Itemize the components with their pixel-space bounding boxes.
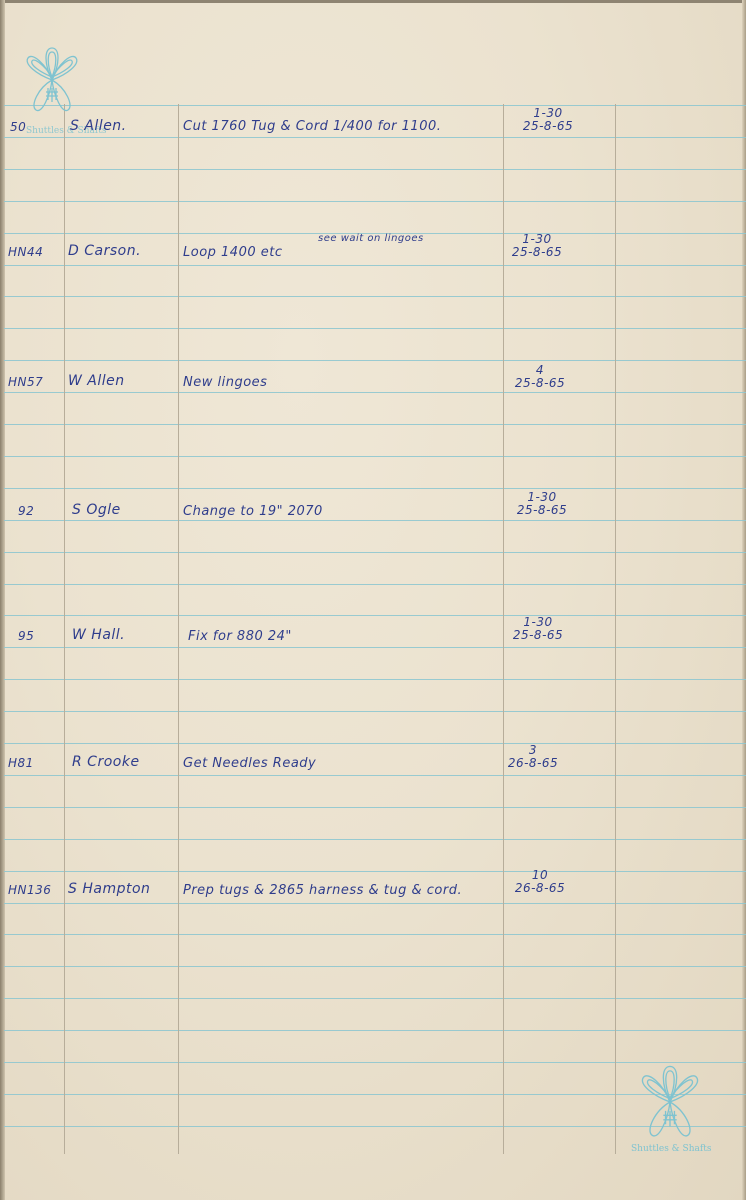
column-rule-date (615, 104, 616, 1154)
entry-name: D Carson. (68, 243, 141, 259)
ruled-line (4, 169, 746, 170)
ruled-line (4, 839, 746, 840)
ruled-line (4, 711, 746, 712)
column-rule-ref (64, 104, 65, 1154)
entry-date-main: 25-8-65 (482, 246, 592, 259)
entry-date-main: 25-8-65 (483, 629, 593, 642)
ruled-line (4, 296, 746, 297)
ruled-line (4, 360, 746, 361)
ruled-line (4, 871, 746, 872)
entry-date-main: 26-8-65 (485, 882, 595, 895)
entry-date-main: 25-8-65 (485, 377, 595, 390)
ruled-line (4, 903, 746, 904)
entry-name: R Crooke (72, 754, 140, 770)
ruled-line (4, 1030, 746, 1031)
entry-description: Fix for 880 24" (188, 629, 292, 644)
watermark-brand-text: Shuttles & Shafts (631, 1144, 711, 1154)
entry-date-main: 25-8-65 (487, 504, 597, 517)
ruled-line (4, 998, 746, 999)
ruled-line (4, 615, 746, 616)
entry-note: see wait on lingoes (318, 233, 424, 244)
entry-ref: HN44 (8, 245, 43, 259)
page-edge-top (0, 0, 746, 3)
ruled-line (4, 488, 746, 489)
ruled-line (4, 552, 746, 553)
entry-name: S Hampton (68, 881, 150, 897)
entry-ref: HN57 (8, 375, 43, 389)
entry-ref: H81 (8, 756, 34, 770)
ruled-line (4, 201, 746, 202)
entry-date-main: 25-8-65 (493, 120, 603, 133)
entry-description: Change to 19" 2070 (183, 504, 323, 519)
ruled-line (4, 966, 746, 967)
ruled-line (4, 584, 746, 585)
ruled-line (4, 679, 746, 680)
ruled-line (4, 328, 746, 329)
ruled-line (4, 265, 746, 266)
entry-description: Prep tugs & 2865 harness & tug & cord. (183, 883, 462, 898)
entry-ref: 95 (18, 629, 34, 643)
entry-date: 10 26-8-65 (485, 869, 595, 895)
page-edge-left (0, 0, 5, 1200)
entry-name: W Allen (68, 373, 125, 389)
ruled-line (4, 807, 746, 808)
ruled-line (4, 934, 746, 935)
entry-description: Loop 1400 etc (183, 245, 283, 260)
ruled-line (4, 775, 746, 776)
entry-name: S Allen. (70, 118, 127, 134)
entry-description: New lingoes (183, 375, 267, 390)
ruled-line (4, 456, 746, 457)
ruled-line (4, 743, 746, 744)
entry-date: 1-30 25-8-65 (482, 233, 592, 259)
ruled-line (4, 137, 746, 138)
celtic-knot-icon (22, 44, 82, 116)
ruled-line (4, 520, 746, 521)
ruled-line (4, 105, 746, 106)
entry-date: 1-30 25-8-65 (493, 107, 603, 133)
page-edge-right (742, 0, 746, 1200)
entry-date: 3 26-8-65 (478, 744, 588, 770)
ruled-line (4, 647, 746, 648)
entry-name: S Ogle (72, 502, 121, 518)
entry-date: 1-30 25-8-65 (487, 491, 597, 517)
entry-ref: 92 (18, 504, 34, 518)
celtic-knot-icon (630, 1062, 710, 1142)
entry-name: W Hall. (72, 627, 125, 643)
entry-ref: 50 (10, 120, 26, 134)
column-rule-name (178, 104, 179, 1154)
ruled-line (4, 424, 746, 425)
entry-date: 4 25-8-65 (485, 364, 595, 390)
ruled-line (4, 392, 746, 393)
entry-date: 1-30 25-8-65 (483, 616, 593, 642)
entry-ref: HN136 (8, 883, 51, 897)
ledger-page: Shuttles & Shafts Shuttles & Shafts 50 S… (0, 0, 746, 1200)
entry-description: Get Needles Ready (183, 756, 316, 771)
entry-date-main: 26-8-65 (478, 757, 588, 770)
entry-description: Cut 1760 Tug & Cord 1/400 for 1100. (183, 119, 441, 134)
